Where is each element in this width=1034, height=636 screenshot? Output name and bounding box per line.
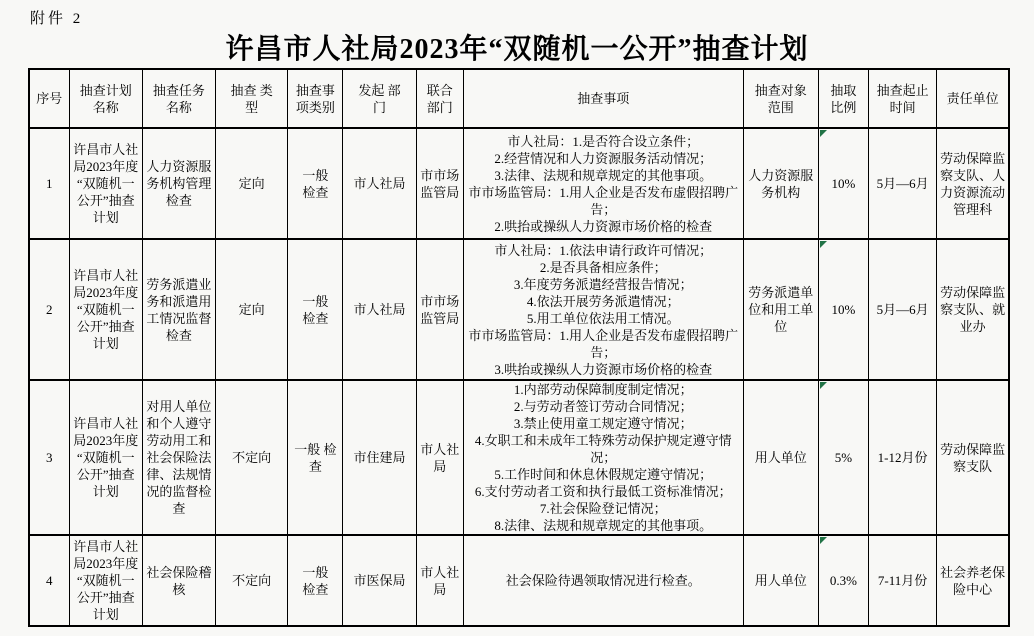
cell-time-range: 5月—6月: [868, 128, 936, 239]
cell-inspection-type: 不定向: [216, 380, 288, 535]
cell-responsible-unit: 劳动保障监 察支队: [937, 380, 1009, 535]
header-cell-task-name: 抽查任务 名称: [142, 69, 215, 128]
cell-joint-dept: 市市场 监管局: [416, 239, 463, 380]
cell-inspection-items: 社会保险待遇领取情况进行检查。: [463, 535, 743, 626]
cell-responsible-unit: 社会养老保 险中心: [937, 535, 1009, 626]
sampling-ratio-value: 5%: [835, 450, 852, 465]
cell-inspection-items: 1.内部劳动保障制度制定情况； 2.与劳动者签订劳动合同情况； 3.禁止使用童工…: [463, 380, 743, 535]
cell-target-scope: 用人单位: [743, 380, 818, 535]
header-cell-inspection-items: 抽查事项: [463, 69, 743, 128]
header-cell-sampling-ratio: 抽取 比例: [818, 69, 868, 128]
header-cell-item-category: 抽查事 项类别: [288, 69, 343, 128]
cell-item-category: 一般 检 查: [288, 380, 343, 535]
header-cell-initiating-dept: 发起 部 门: [343, 69, 416, 128]
cell-initiating-dept: 市医保局: [343, 535, 416, 626]
cell-plan-name: 许昌市人社 局2023年度 “双随机一 公开”抽查 计划: [69, 128, 142, 239]
cell-responsible-unit: 劳动保障监 察支队、人 力资源流动 管理科: [937, 128, 1009, 239]
cell-sampling-ratio: 10%: [818, 239, 868, 380]
cell-item-category: 一般 检查: [288, 128, 343, 239]
cell-task-name: 社会保险稽 核: [142, 535, 215, 626]
cell-sampling-ratio: 5%: [818, 380, 868, 535]
cell-item-category: 一般 检查: [288, 239, 343, 380]
header-cell-inspection-type: 抽查 类 型: [216, 69, 288, 128]
cell-serial: 3: [29, 380, 69, 535]
cell-initiating-dept: 市人社局: [343, 239, 416, 380]
cell-time-range: 7-11月份: [868, 535, 936, 626]
cell-inspection-type: 不定向: [216, 535, 288, 626]
cell-plan-name: 许昌市人社 局2023年度 “双随机一 公开”抽查 计划: [69, 239, 142, 380]
header-cell-plan-name: 抽查计划 名称: [69, 69, 142, 128]
cell-target-scope: 用人单位: [743, 535, 818, 626]
header-cell-joint-dept: 联合 部门: [416, 69, 463, 128]
green-corner-flag-icon: [820, 130, 827, 137]
green-corner-flag-icon: [820, 537, 827, 544]
attachment-label: 附件 2: [30, 7, 83, 28]
cell-task-name: 对用人单位 和个人遵守 劳动用工和 社会保险法 律、法规情 况的监督检 查: [142, 380, 215, 535]
cell-serial: 4: [29, 535, 69, 626]
cell-inspection-type: 定向: [216, 239, 288, 380]
cell-serial: 2: [29, 239, 69, 380]
header-cell-responsible-unit: 责任单位: [937, 69, 1009, 128]
cell-target-scope: 劳务派遣单 位和用工单 位: [743, 239, 818, 380]
cell-initiating-dept: 市人社局: [343, 128, 416, 239]
cell-task-name: 人力资源服 务机构管理 检查: [142, 128, 215, 239]
table-row: 3 许昌市人社 局2023年度 “双随机一 公开”抽查 计划 对用人单位 和个人…: [29, 380, 1009, 535]
cell-target-scope: 人力资源服 务机构: [743, 128, 818, 239]
header-row: 序号 抽查计划 名称 抽查任务 名称 抽查 类 型 抽查事 项类别 发起 部 门…: [29, 69, 1009, 128]
table-row: 4 许昌市人社 局2023年度 “双随机一 公开”抽查 计划 社会保险稽 核 不…: [29, 535, 1009, 626]
sampling-ratio-value: 0.3%: [830, 573, 857, 588]
cell-joint-dept: 市市场 监管局: [416, 128, 463, 239]
cell-sampling-ratio: 0.3%: [818, 535, 868, 626]
cell-task-name: 劳务派遣业 务和派遣用 工情况监督 检查: [142, 239, 215, 380]
header-cell-target-scope: 抽查对象 范围: [743, 69, 818, 128]
cell-responsible-unit: 劳动保障监 察支队、就 业办: [937, 239, 1009, 380]
cell-joint-dept: 市人社 局: [416, 380, 463, 535]
cell-inspection-items: 市人社局：1.依法申请行政许可情况； 2.是否具备相应条件； 3.年度劳务派遣经…: [463, 239, 743, 380]
cell-sampling-ratio: 10%: [818, 128, 868, 239]
cell-time-range: 5月—6月: [868, 239, 936, 380]
table-row: 1 许昌市人社 局2023年度 “双随机一 公开”抽查 计划 人力资源服 务机构…: [29, 128, 1009, 239]
sampling-ratio-value: 10%: [831, 302, 855, 317]
cell-time-range: 1-12月份: [868, 380, 936, 535]
cell-serial: 1: [29, 128, 69, 239]
header-cell-serial: 序号: [29, 69, 69, 128]
green-corner-flag-icon: [820, 382, 827, 389]
cell-inspection-type: 定向: [216, 128, 288, 239]
cell-inspection-items: 市人社局：1.是否符合设立条件； 2.经营情况和人力资源服务活动情况； 3.法律…: [463, 128, 743, 239]
cell-item-category: 一般 检查: [288, 535, 343, 626]
document-page: { "attachment_label": "附件 2", "title": "…: [0, 0, 1034, 636]
sampling-ratio-value: 10%: [831, 176, 855, 191]
cell-plan-name: 许昌市人社 局2023年度 “双随机一 公开”抽查 计划: [69, 380, 142, 535]
header-cell-time-range: 抽查起止 时间: [868, 69, 936, 128]
inspection-plan-table: 序号 抽查计划 名称 抽查任务 名称 抽查 类 型 抽查事 项类别 发起 部 门…: [28, 68, 1010, 627]
green-corner-flag-icon: [820, 241, 827, 248]
cell-initiating-dept: 市住建局: [343, 380, 416, 535]
page-title: 许昌市人社局2023年“双随机一公开”抽查计划: [0, 27, 1034, 67]
cell-joint-dept: 市人社 局: [416, 535, 463, 626]
table-row: 2 许昌市人社 局2023年度 “双随机一 公开”抽查 计划 劳务派遣业 务和派…: [29, 239, 1009, 380]
cell-plan-name: 许昌市人社 局2023年度 “双随机一 公开”抽查 计划: [69, 535, 142, 626]
